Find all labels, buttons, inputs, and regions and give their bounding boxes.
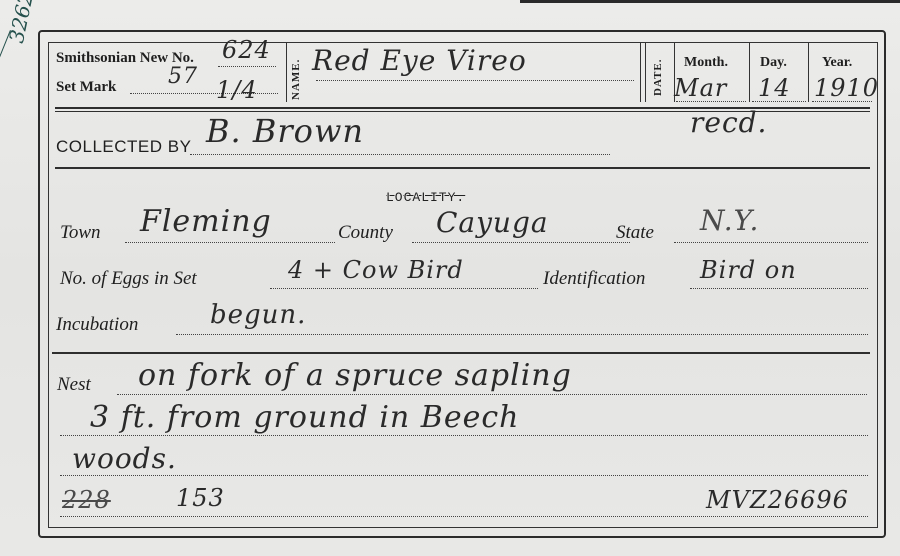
collected-by-line: [190, 154, 610, 155]
year-value: 1910: [814, 74, 879, 102]
footer-line: [60, 516, 868, 517]
set-mark-value: 57: [168, 64, 198, 89]
eggs-in-set-value: 4 + Cow Bird: [288, 256, 464, 284]
county-label: County: [338, 222, 393, 244]
eggs-in-set-line: [270, 288, 538, 289]
divider-name: [286, 42, 287, 102]
smithsonian-number-value: 624: [222, 36, 271, 64]
divider-day: [749, 42, 750, 102]
name-label: NAME.: [290, 59, 302, 100]
month-label: Month.: [684, 55, 728, 71]
identification-line: [690, 288, 868, 289]
state-line: [674, 242, 868, 243]
incubation-value: begun.: [210, 300, 306, 330]
month-value: Mar: [674, 74, 727, 102]
collector-name-value: B. Brown: [206, 112, 364, 150]
divider-year: [808, 42, 809, 102]
name-line: [316, 80, 634, 81]
county-line: [412, 242, 630, 243]
year-label: Year.: [822, 55, 852, 71]
species-name-value: Red Eye Vireo: [312, 44, 527, 77]
old-number-struck: 228: [62, 486, 111, 514]
town-line: [125, 242, 335, 243]
divider-date-b: [645, 42, 646, 102]
new-number: 153: [176, 484, 225, 512]
eggs-in-set-label: No. of Eggs in Set: [60, 268, 197, 290]
received-note: recd.: [690, 106, 767, 139]
nest-line-1: [117, 394, 867, 395]
incubation-label: Incubation: [56, 314, 138, 336]
nest-label: Nest: [57, 374, 91, 396]
collected-by-label: COLLECTED BY: [56, 137, 191, 157]
nest-line-2: [60, 435, 868, 436]
set-mark-fraction: 1/4: [216, 76, 258, 104]
state-label: State: [616, 222, 654, 244]
day-value: 14: [758, 74, 791, 102]
divider-date-a: [640, 42, 641, 102]
scan-edge-shadow: [520, 0, 900, 3]
locality-heading: LOCALITY.: [386, 190, 465, 205]
identification-value: Bird on: [700, 256, 797, 284]
nest-text-line-2: 3 ft. from ground in Beech: [90, 400, 519, 435]
incubation-line: [176, 334, 868, 335]
county-value: Cayuga: [436, 206, 549, 239]
incubation-rule: [52, 352, 870, 354]
date-label: DATE.: [652, 59, 664, 97]
town-label: Town: [60, 222, 101, 244]
collected-rule: [55, 167, 870, 169]
state-value: N.Y.: [700, 204, 759, 237]
identification-label: Identification: [543, 268, 645, 290]
margin-note: 3262: [4, 0, 38, 45]
set-mark-label: Set Mark: [56, 79, 116, 96]
catalog-id: MVZ26696: [706, 486, 849, 514]
margin-slash-mark: [0, 30, 11, 123]
day-label: Day.: [760, 55, 787, 71]
nest-text-line-1: on fork of a spruce sapling: [138, 358, 572, 393]
nest-line-3: [60, 475, 868, 476]
smithsonian-number-line: [218, 66, 276, 67]
nest-text-line-3: woods.: [72, 442, 177, 475]
town-value: Fleming: [140, 204, 272, 239]
specimen-card: 3262 Smithsonian New No. 624 Set Mark 57…: [0, 0, 900, 556]
